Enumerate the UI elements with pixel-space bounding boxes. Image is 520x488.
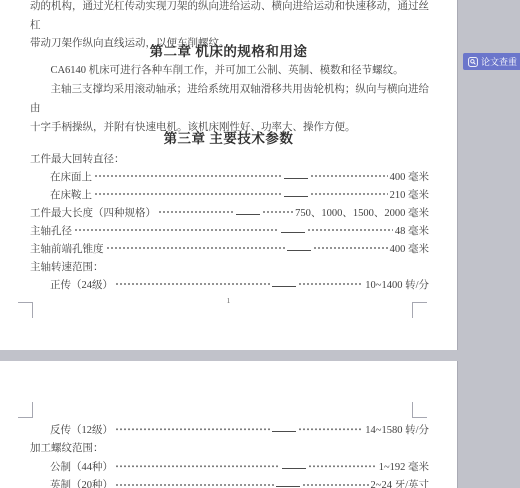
leader-dash — [281, 232, 305, 233]
dot-leader — [298, 420, 363, 439]
paper-check-button[interactable]: 论文查重 — [463, 53, 520, 70]
spec-label: 反传（12级） — [30, 422, 113, 437]
spec-row: 正传（24级） 10~1400 转/分 — [30, 275, 429, 293]
margin-corner-mark — [412, 302, 427, 318]
spec-value: 210 毫米 — [390, 187, 429, 202]
leader-dash — [272, 431, 296, 432]
spec-row: 在床面上 400 毫米 — [30, 167, 429, 185]
spec-label: 正传（24级） — [30, 277, 113, 292]
dot-leader — [310, 167, 388, 185]
dot-leader — [115, 420, 270, 439]
spec-label: 主轴前端孔锥度 — [30, 241, 104, 256]
margin-corner-mark — [18, 302, 33, 318]
dot-leader — [307, 221, 393, 239]
spec-value: 400 毫米 — [390, 241, 429, 256]
spec-list-page1: 工件最大回转直径： 在床面上 400 毫米 在床鞍上 210 毫米 — [30, 149, 429, 293]
spec-label: 在床鞍上 — [30, 187, 92, 202]
leader-dash — [276, 486, 300, 487]
paragraph-line: 动的机构，通过光杠传动实现刀架的纵向进给运动、横向进给运动和快速移动，通过丝杠 — [30, 0, 429, 35]
spec-label: 主轴转速范围： — [30, 259, 104, 274]
dot-leader — [115, 457, 280, 476]
spec-row: 公制（44种） 1~192 毫米 — [30, 457, 429, 476]
spec-value: 750、1000、1500、2000 毫米 — [295, 205, 429, 220]
document-page-2: 反传（12级） 14~1580 转/分 加工螺纹范围： 公制（44种） 1~19 — [0, 361, 458, 488]
leader-dash — [272, 286, 296, 287]
spec-label: 公制（44种） — [30, 459, 113, 474]
spec-label: 英制（20种） — [30, 477, 113, 488]
spec-row: 在床鞍上 210 毫米 — [30, 185, 429, 203]
chapter3-heading: 第三章 主要技术参数 — [0, 129, 457, 149]
spec-value: 2~24 牙/英寸 — [371, 477, 429, 488]
spec-value: 48 毫米 — [395, 223, 429, 238]
spec-row: 加工螺纹范围： — [30, 439, 429, 458]
dot-leader — [106, 239, 285, 257]
spec-label: 工件最大回转直径： — [30, 151, 125, 166]
spec-list-page2: 反传（12级） 14~1580 转/分 加工螺纹范围： 公制（44种） 1~19 — [30, 420, 429, 488]
dot-leader — [262, 203, 294, 221]
dot-leader — [298, 275, 363, 293]
margin-corner-mark — [412, 402, 427, 418]
spec-row: 主轴转速范围： — [30, 257, 429, 275]
spec-row: 工件最大长度（四种规格） 750、1000、1500、2000 毫米 — [30, 203, 429, 221]
spec-value: 1~192 毫米 — [379, 459, 429, 474]
spec-label: 工件最大长度（四种规格） — [30, 205, 156, 220]
spec-label: 加工螺纹范围： — [30, 440, 104, 455]
leader-dash — [282, 468, 306, 469]
spec-label: 在床面上 — [30, 169, 92, 184]
spec-row: 工件最大回转直径： — [30, 149, 429, 167]
paragraph-line: 主轴三支撑均采用滚动轴承；进给系统用双轴滑移共用齿轮机构；纵向与横向进给由 — [30, 80, 429, 118]
leader-dash — [236, 214, 260, 215]
margin-corner-mark — [18, 402, 33, 418]
dot-leader — [74, 221, 279, 239]
dot-leader — [94, 185, 282, 203]
dot-leader — [158, 203, 234, 221]
spec-label: 主轴孔径 — [30, 223, 72, 238]
dot-leader — [94, 167, 282, 185]
doc-check-icon — [468, 57, 478, 67]
dot-leader — [115, 476, 274, 488]
chapter2-paragraph: CA6140 机床可进行各种车削工作，并可加工公制、英制、模数和径节螺纹。主轴三… — [30, 61, 429, 137]
dot-leader — [302, 476, 368, 488]
spec-row: 反传（12级） 14~1580 转/分 — [30, 420, 429, 439]
page-number: 1 — [0, 296, 457, 305]
leader-dash — [284, 196, 308, 197]
leader-dash — [284, 178, 308, 179]
spec-value: 14~1580 转/分 — [365, 422, 429, 437]
chapter2-heading: 第二章 机床的规格和用途 — [0, 42, 457, 62]
leader-dash — [287, 250, 311, 251]
spec-value: 10~1400 转/分 — [365, 277, 429, 292]
paragraph-line: CA6140 机床可进行各种车削工作，并可加工公制、英制、模数和径节螺纹。 — [30, 61, 429, 80]
dot-leader — [310, 185, 388, 203]
dot-leader — [115, 275, 270, 293]
dot-leader — [308, 457, 377, 476]
spec-row: 主轴前端孔锥度 400 毫米 — [30, 239, 429, 257]
spec-value: 400 毫米 — [390, 169, 429, 184]
spec-row: 主轴孔径 48 毫米 — [30, 221, 429, 239]
document-page-1: 动的机构，通过光杠传动实现刀架的纵向进给运动、横向进给运动和快速移动，通过丝杠带… — [0, 0, 458, 350]
paper-check-label: 论文查重 — [481, 55, 517, 68]
dot-leader — [313, 239, 388, 257]
spec-row: 英制（20种） 2~24 牙/英寸 — [30, 476, 429, 488]
